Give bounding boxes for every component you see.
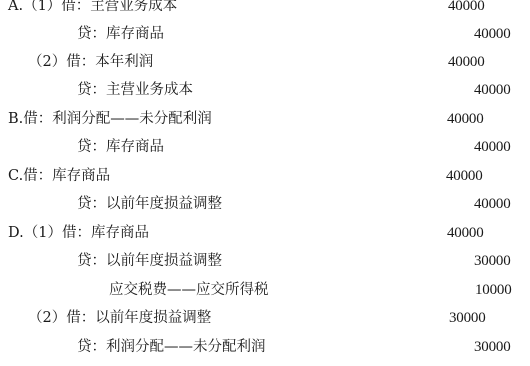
entry-text: D.（1）借：库存商品	[8, 223, 149, 243]
entry-text: B.借：利润分配——未分配利润	[8, 109, 212, 129]
entry-text: A.（1）借：主营业务成本	[8, 0, 177, 16]
entry-text: C.借：库存商品	[8, 166, 110, 186]
entry-text: 贷：主营业务成本	[77, 80, 193, 100]
entry-a2-debit: （2）借：本年利润 40000	[0, 52, 530, 72]
debit-amount: 40000	[448, 52, 485, 72]
credit-amount: 40000	[474, 194, 511, 214]
entry-b-debit: B.借：利润分配——未分配利润 40000	[0, 109, 530, 129]
entry-text: 应交税费——应交所得税	[109, 280, 269, 300]
entry-a2-credit: 贷：主营业务成本 40000	[0, 80, 530, 100]
entry-d2-debit: （2）借：以前年度损益调整 30000	[0, 308, 530, 328]
entry-a1-credit: 贷：库存商品 40000	[0, 24, 530, 44]
credit-amount: 40000	[474, 137, 511, 157]
entry-text: 贷：库存商品	[77, 24, 164, 44]
credit-amount: 10000	[475, 280, 512, 300]
entry-text: 贷：库存商品	[77, 137, 164, 157]
entry-d1-credit-2: 应交税费——应交所得税 10000	[0, 280, 530, 300]
entry-text: （2）借：以前年度损益调整	[28, 308, 211, 328]
entry-a1-debit: A.（1）借：主营业务成本 40000	[0, 0, 530, 16]
credit-amount: 40000	[474, 24, 511, 44]
entry-b-credit: 贷：库存商品 40000	[0, 137, 530, 157]
debit-amount: 40000	[447, 223, 484, 243]
credit-amount: 40000	[474, 80, 511, 100]
entry-d1-debit: D.（1）借：库存商品 40000	[0, 223, 530, 243]
debit-amount: 40000	[448, 0, 485, 16]
entry-text: 贷：以前年度损益调整	[77, 194, 222, 214]
debit-amount: 30000	[449, 308, 486, 328]
entry-text: 贷：以前年度损益调整	[77, 251, 222, 271]
entry-text: （2）借：本年利润	[28, 52, 153, 72]
credit-amount: 30000	[474, 337, 511, 357]
entry-d1-credit: 贷：以前年度损益调整 30000	[0, 251, 530, 271]
entry-c-credit: 贷：以前年度损益调整 40000	[0, 194, 530, 214]
entry-d2-credit: 贷：利润分配——未分配利润 30000	[0, 337, 530, 357]
entry-c-debit: C.借：库存商品 40000	[0, 166, 530, 186]
debit-amount: 40000	[446, 166, 483, 186]
entry-text: 贷：利润分配——未分配利润	[77, 337, 266, 357]
debit-amount: 40000	[447, 109, 484, 129]
credit-amount: 30000	[474, 251, 511, 271]
